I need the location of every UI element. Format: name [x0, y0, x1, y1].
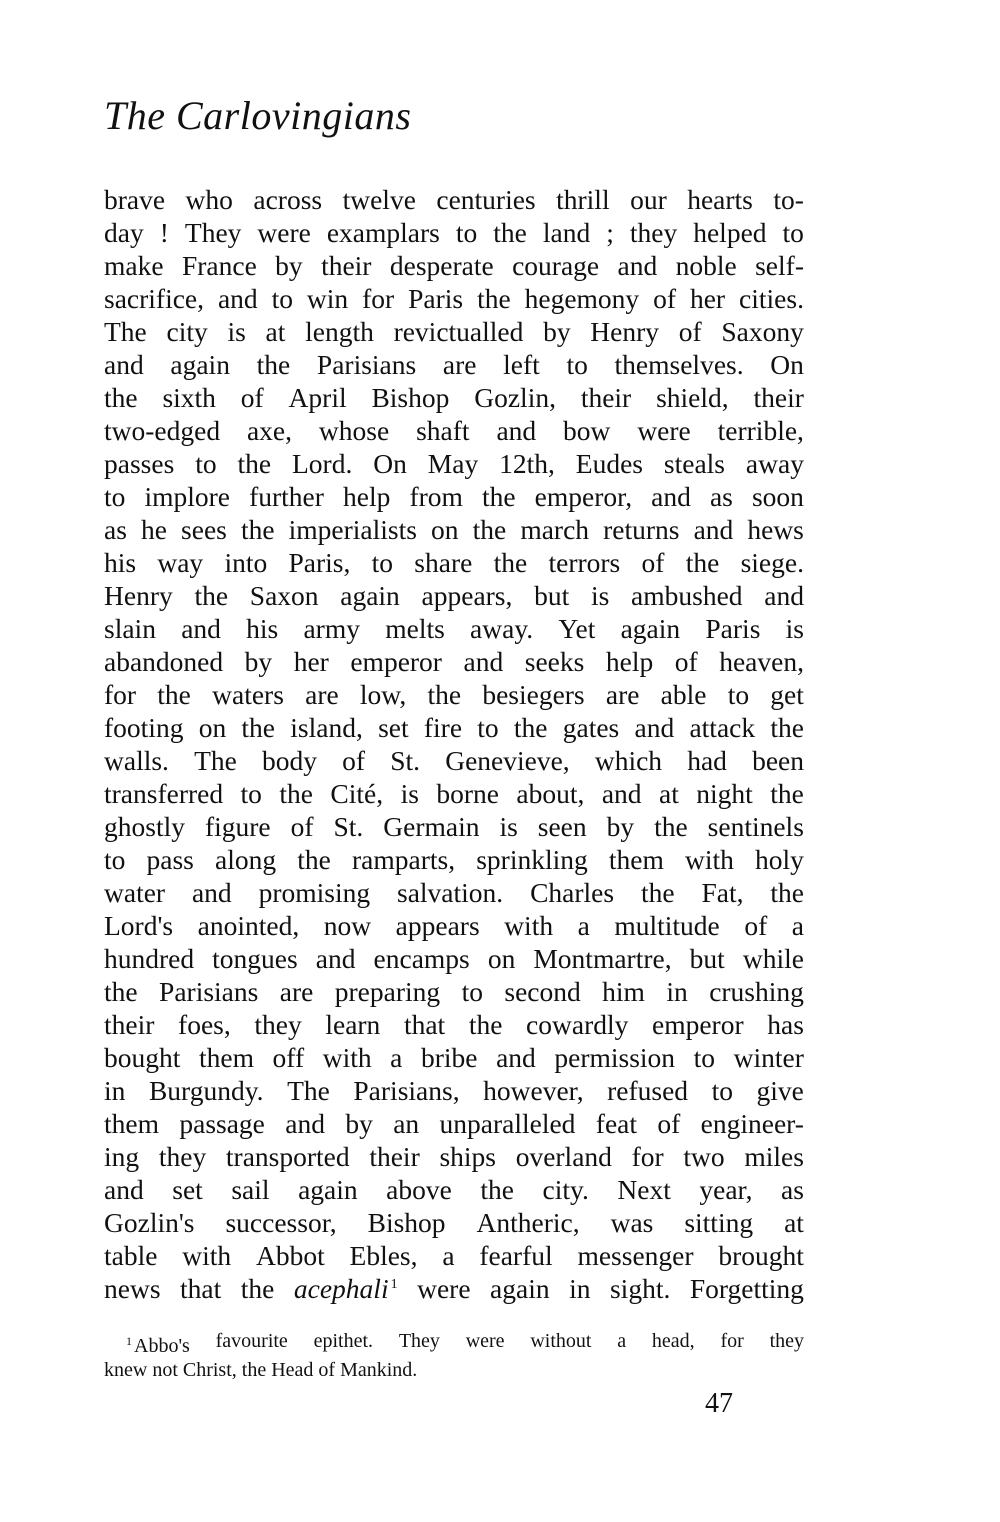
word: passes — [104, 447, 174, 480]
body-line: footingontheisland,setfiretothegatesanda… — [104, 711, 804, 744]
word: desperate — [390, 249, 494, 282]
word: the — [641, 876, 675, 909]
body-line: thesixthofAprilBishopGozlin,theirshield,… — [104, 381, 804, 414]
body-line: HenrytheSaxonagainappears,butisambusheda… — [104, 579, 804, 612]
word: on — [199, 711, 227, 744]
word: Paris — [408, 282, 463, 315]
word: to — [462, 975, 483, 1008]
word: length — [305, 315, 374, 348]
word: into — [224, 546, 267, 579]
word: him — [602, 975, 645, 1008]
word: themselves. — [615, 348, 744, 381]
word: a — [442, 1239, 454, 1272]
word: steals — [664, 447, 725, 480]
word: Yet — [558, 612, 595, 645]
word: St. — [390, 744, 420, 777]
word: win — [307, 282, 348, 315]
word: whose — [319, 414, 389, 447]
word: at — [659, 777, 679, 810]
word: however, — [483, 1074, 583, 1107]
word: seen — [538, 810, 587, 843]
footnote-line-2: knew not Christ, the Head of Mankind. — [104, 1358, 804, 1382]
footnote-word: epithet. — [314, 1329, 373, 1358]
word: of — [679, 315, 702, 348]
word: the — [241, 513, 275, 546]
word: a — [578, 909, 590, 942]
word: the — [770, 876, 804, 909]
word: On — [770, 348, 804, 381]
word: unparalleled — [440, 1107, 576, 1140]
word: sixth — [162, 381, 215, 414]
italic-term-acephali: acephali1 — [294, 1272, 398, 1305]
word: May — [428, 447, 478, 480]
word: on — [488, 942, 516, 975]
word: footing — [104, 711, 183, 744]
word: ! — [160, 216, 169, 249]
word: the — [469, 1008, 503, 1041]
word: heaven, — [719, 645, 804, 678]
word: to — [728, 678, 749, 711]
word: Parisians — [317, 348, 416, 381]
body-line: forthewatersarelow,thebesiegersareableto… — [104, 678, 804, 711]
word: and — [316, 942, 356, 975]
word: the — [104, 381, 138, 414]
word: and — [104, 348, 144, 381]
word: sitting — [684, 1206, 753, 1239]
body-text: bravewhoacrosstwelvecenturiesthrillourhe… — [104, 183, 804, 1305]
word: at — [266, 315, 286, 348]
word: of — [291, 810, 314, 843]
word: their — [753, 381, 803, 414]
body-line: sacrifice,andtowinforParisthehegemonyofh… — [104, 282, 804, 315]
word: sprinkling — [476, 843, 588, 876]
word: and — [104, 1173, 144, 1206]
word: by — [607, 810, 635, 843]
word: and — [181, 612, 221, 645]
word: is — [591, 579, 609, 612]
word: miles — [744, 1140, 804, 1173]
word: imperialists — [289, 513, 417, 546]
running-head: The Carlovingians — [104, 96, 411, 136]
word: abandoned — [104, 645, 223, 678]
body-line: inBurgundy.TheParisians,however,refusedt… — [104, 1074, 804, 1107]
word: Gozlin, — [474, 381, 556, 414]
word: the — [427, 678, 461, 711]
body-line: ingtheytransportedtheirshipsoverlandfort… — [104, 1140, 804, 1173]
word: while — [743, 942, 804, 975]
word: get — [770, 678, 804, 711]
word: are — [443, 348, 477, 381]
word: help — [606, 645, 653, 678]
word: now — [324, 909, 371, 942]
word: tongues — [212, 942, 298, 975]
word: help — [343, 480, 390, 513]
word: were — [257, 216, 310, 249]
word: ramparts, — [352, 843, 455, 876]
word: Parisians — [159, 975, 258, 1008]
word: has — [767, 1008, 804, 1041]
word: Next — [617, 1173, 670, 1206]
word: and — [602, 777, 642, 810]
word: left — [503, 348, 540, 381]
word: emperor — [652, 1008, 744, 1041]
word: and — [496, 414, 536, 447]
word: of — [241, 381, 264, 414]
word: Bishop — [371, 381, 449, 414]
word: hegemony — [525, 282, 640, 315]
word: France — [182, 249, 257, 282]
word: hearts — [687, 183, 753, 216]
word: ; — [606, 216, 614, 249]
word: walls. — [104, 744, 169, 777]
word: the — [686, 546, 720, 579]
word: sail — [231, 1173, 269, 1206]
word: shaft — [416, 414, 469, 447]
word: fearful — [479, 1239, 552, 1272]
word: share — [414, 546, 472, 579]
word: cities. — [739, 282, 804, 315]
body-line: toimplorefurtherhelpfromtheemperor,andas… — [104, 480, 804, 513]
word: hews — [747, 513, 804, 546]
word: the — [237, 447, 271, 480]
word: second — [504, 975, 580, 1008]
word: by — [245, 645, 273, 678]
word: their — [581, 381, 631, 414]
word: year, — [699, 1173, 752, 1206]
word: Lord. — [292, 447, 352, 480]
word: for — [632, 1140, 664, 1173]
word: Abbot — [256, 1239, 325, 1272]
word: Henry — [104, 579, 173, 612]
word: the — [770, 711, 804, 744]
word: twelve — [343, 183, 416, 216]
body-line: topassalongtheramparts,sprinklingthemwit… — [104, 843, 804, 876]
word: implore — [144, 480, 230, 513]
body-line: hiswayintoParis,tosharetheterrorsofthesi… — [104, 546, 804, 579]
word: to — [372, 546, 393, 579]
word: are — [305, 678, 339, 711]
word: Ebles, — [350, 1239, 418, 1272]
word: they — [630, 216, 677, 249]
footnote-word: 1Abbo's — [126, 1329, 190, 1358]
word: self- — [755, 249, 804, 282]
word: noble — [676, 249, 737, 282]
word: They — [185, 216, 242, 249]
word: in — [569, 1272, 590, 1305]
word: Montmartre, — [533, 942, 671, 975]
word: Paris — [705, 612, 760, 645]
word: ambushed — [631, 579, 743, 612]
body-line: Lord'sanointed,nowappearswithamultitudeo… — [104, 909, 804, 942]
word: The — [194, 744, 237, 777]
word: is — [786, 612, 804, 645]
word: the — [514, 711, 548, 744]
word: the — [493, 216, 527, 249]
body-line: passestotheLord.OnMay12th,Eudesstealsawa… — [104, 447, 804, 480]
body-line: two-edgedaxe,whoseshaftandbowwereterribl… — [104, 414, 804, 447]
body-line: day!Theywereexamplarstotheland;theyhelpe… — [104, 216, 804, 249]
word: to- — [773, 183, 804, 216]
word: multitude — [614, 909, 719, 942]
word: away — [746, 447, 804, 480]
word: again — [298, 1173, 358, 1206]
word: them — [199, 1041, 254, 1074]
word: hundred — [104, 942, 194, 975]
footnote-word: for — [720, 1329, 743, 1358]
word: the — [157, 678, 191, 711]
word: the — [241, 1272, 275, 1305]
word: and — [694, 513, 734, 546]
body-line: slainandhisarmymeltsaway.YetagainParisis — [104, 612, 804, 645]
word: axe, — [247, 414, 292, 447]
word: messenger — [577, 1239, 693, 1272]
word: learn — [325, 1008, 380, 1041]
body-line: andsetsailagainabovethecity.Nextyear,as — [104, 1173, 804, 1206]
word: the — [194, 579, 228, 612]
word: the — [279, 777, 313, 810]
word: and — [496, 1041, 536, 1074]
word: with — [182, 1239, 231, 1272]
word: to — [272, 282, 293, 315]
footnote-word: They — [399, 1329, 440, 1358]
word: sentinels — [708, 810, 804, 843]
body-line-last: newsthattheacephali1wereagaininsight.For… — [104, 1272, 804, 1305]
word: by — [345, 1107, 373, 1140]
word: land — [543, 216, 590, 249]
word: their — [104, 1008, 154, 1041]
word: Forgetting — [690, 1272, 804, 1305]
word: Cité, — [330, 777, 383, 810]
word: with — [504, 909, 553, 942]
word: is — [499, 810, 517, 843]
word: holy — [755, 843, 804, 876]
word: but — [534, 579, 569, 612]
word: ships — [439, 1140, 496, 1173]
word: them — [609, 843, 664, 876]
page-number: 47 — [705, 1390, 733, 1418]
word: were — [417, 1272, 470, 1305]
body-line: tablewithAbbotEbles,afearfulmessengerbro… — [104, 1239, 804, 1272]
word: table — [104, 1239, 157, 1272]
word: able — [661, 678, 707, 711]
footnote: 1Abbo'sfavouriteepithet.Theywerewithouta… — [104, 1329, 804, 1382]
body-line: asheseestheimperialistsonthemarchreturns… — [104, 513, 804, 546]
word: brave — [104, 183, 165, 216]
word: was — [611, 1206, 654, 1239]
footnote-word: favourite — [216, 1329, 288, 1358]
word: for — [362, 282, 394, 315]
word: her — [294, 645, 329, 678]
footnote-word: were — [466, 1329, 505, 1358]
word: examplars — [327, 216, 440, 249]
word: on — [431, 513, 459, 546]
word: the — [473, 513, 507, 546]
word: overland — [516, 1140, 612, 1173]
word: the — [494, 546, 528, 579]
word: April — [289, 381, 347, 414]
body-line: boughtthemoffwithabribeandpermissiontowi… — [104, 1041, 804, 1074]
word: news — [104, 1272, 161, 1305]
word: thrill — [556, 183, 609, 216]
word: refused — [607, 1074, 688, 1107]
word: to — [477, 711, 498, 744]
body-line: ThecityisatlengthrevictualledbyHenryofSa… — [104, 315, 804, 348]
word: to — [195, 447, 216, 480]
word: the — [770, 777, 804, 810]
word: he — [141, 513, 167, 546]
body-line: andagaintheParisiansarelefttothemselves.… — [104, 348, 804, 381]
word: again — [490, 1272, 550, 1305]
word: and — [285, 1107, 325, 1140]
word: terrors — [548, 546, 620, 579]
word: courage — [512, 249, 599, 282]
word: as — [710, 480, 733, 513]
word: foes, — [178, 1008, 231, 1041]
word: are — [606, 678, 640, 711]
word: Paris, — [289, 546, 351, 579]
word: siege. — [741, 546, 804, 579]
word: engineer- — [701, 1107, 804, 1140]
word: his — [246, 612, 278, 645]
word: way — [157, 546, 203, 579]
word: as — [104, 513, 127, 546]
word: soon — [752, 480, 804, 513]
word: of — [675, 645, 698, 678]
word: borne — [436, 777, 499, 810]
word: in — [666, 975, 687, 1008]
word: with — [323, 1041, 372, 1074]
word: pass — [147, 843, 194, 876]
word: ghostly — [104, 810, 185, 843]
word: two — [683, 1140, 724, 1173]
word: terrible, — [718, 414, 804, 447]
word: give — [757, 1074, 804, 1107]
word: about, — [516, 777, 584, 810]
word: emperor, — [535, 480, 632, 513]
word: to — [241, 777, 262, 810]
word: Saxon — [250, 579, 319, 612]
word: Bishop — [368, 1206, 446, 1239]
word: and — [764, 579, 804, 612]
word: two-edged — [104, 414, 220, 447]
word: and — [635, 711, 675, 744]
body-line: Gozlin'ssuccessor,BishopAntheric,wassitt… — [104, 1206, 804, 1239]
word: night — [696, 777, 753, 810]
word: set — [378, 711, 409, 744]
word: Charles — [530, 876, 614, 909]
word: successor, — [225, 1206, 336, 1239]
word: they — [159, 1140, 206, 1173]
word: Burgundy. — [149, 1074, 264, 1107]
footnote-word: without — [530, 1329, 591, 1358]
word: seeks — [525, 645, 585, 678]
word: again — [621, 612, 681, 645]
word: of — [744, 909, 767, 942]
word: a — [390, 1041, 402, 1074]
word: the — [477, 282, 511, 315]
word: sees — [181, 513, 227, 546]
word: bought — [104, 1041, 180, 1074]
footnote-reference[interactable]: 1 — [391, 1277, 398, 1292]
word: above — [386, 1173, 452, 1206]
word: bribe — [421, 1041, 478, 1074]
word: helped — [693, 216, 766, 249]
word: been — [752, 744, 804, 777]
body-line: walls.ThebodyofSt.Genevieve,whichhadbeen — [104, 744, 804, 777]
word: as — [781, 1173, 804, 1206]
book-page: The Carlovingians bravewhoacrosstwelvece… — [0, 0, 1000, 1522]
word: ing — [104, 1140, 139, 1173]
body-line: abandonedbyheremperorandseekshelpofheave… — [104, 645, 804, 678]
word: returns — [603, 513, 679, 546]
word: off — [273, 1041, 305, 1074]
word: the — [257, 348, 291, 381]
word: are — [280, 975, 314, 1008]
word: water — [104, 876, 165, 909]
word: permission — [554, 1041, 675, 1074]
footnote-word: they — [770, 1329, 804, 1358]
body-line: ghostlyfigureofSt.Germainisseenbythesent… — [104, 810, 804, 843]
word: The — [104, 315, 147, 348]
word: Parisians, — [353, 1074, 459, 1107]
word: city. — [543, 1173, 589, 1206]
word: transferred — [104, 777, 223, 810]
word: low, — [360, 678, 406, 711]
word: fire — [424, 711, 462, 744]
word: is — [401, 777, 419, 810]
word: attack — [689, 711, 755, 744]
word: melts — [385, 612, 445, 645]
word: Eudes — [576, 447, 643, 480]
footnote-line-1: 1Abbo'sfavouriteepithet.Theywerewithouta… — [104, 1329, 804, 1358]
word: feat — [596, 1107, 637, 1140]
word: army — [303, 612, 360, 645]
footnote-word: a — [617, 1329, 626, 1358]
word: city — [166, 315, 207, 348]
word: Genevieve, — [445, 744, 569, 777]
word: Gozlin's — [104, 1206, 195, 1239]
word: they — [254, 1008, 301, 1041]
word: to — [783, 216, 804, 249]
word: to — [456, 216, 477, 249]
body-line: transferredtotheCité,isborneabout,andatn… — [104, 777, 804, 810]
word: had — [687, 744, 727, 777]
word: the — [241, 711, 275, 744]
word: is — [227, 315, 245, 348]
word: preparing — [335, 975, 440, 1008]
word: his — [104, 546, 136, 579]
word: march — [520, 513, 589, 546]
footnote-marker: 1 — [126, 1334, 132, 1348]
body-line: makeFrancebytheirdesperatecourageandnobl… — [104, 249, 804, 282]
word: Lord's — [104, 909, 173, 942]
word: and — [192, 876, 232, 909]
word: slain — [104, 612, 156, 645]
word: cowardly — [526, 1008, 628, 1041]
body-line: hundredtonguesandencampsonMontmartre,but… — [104, 942, 804, 975]
word: their — [369, 1140, 419, 1173]
word: passage — [179, 1107, 265, 1140]
word: in — [104, 1074, 125, 1107]
word: winter — [734, 1041, 804, 1074]
word: to — [104, 480, 125, 513]
word: again — [340, 579, 400, 612]
word: anointed, — [198, 909, 300, 942]
word: appears — [396, 909, 480, 942]
word: to — [566, 348, 587, 381]
word: the — [480, 1173, 514, 1206]
word: and — [464, 645, 504, 678]
